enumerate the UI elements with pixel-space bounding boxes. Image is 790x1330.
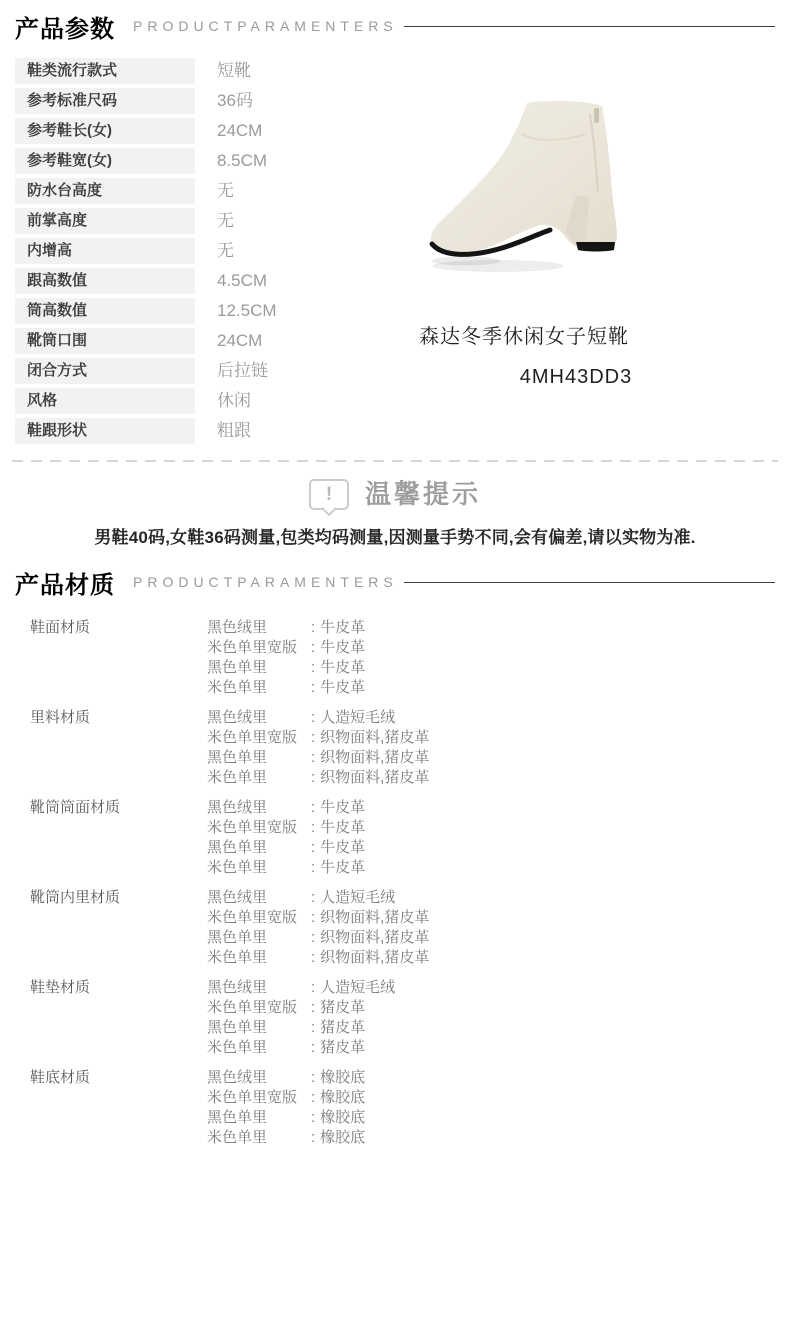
param-row: 风格 休闲 (15, 388, 790, 414)
material-value: 人造短毛绒 (320, 889, 395, 906)
material-variant: 米色单里 (207, 1128, 311, 1148)
param-value: 粗跟 (217, 418, 251, 444)
material-value: 橡胶底 (320, 1069, 365, 1086)
material-line: 米色单里:猪皮革 (207, 1038, 395, 1058)
material-line: 米色单里宽版:橡胶底 (207, 1088, 365, 1108)
material-separator: : (311, 978, 315, 998)
material-line: 黑色单里:牛皮革 (207, 838, 365, 858)
material-variant: 米色单里宽版 (207, 908, 311, 928)
material-value: 牛皮革 (320, 859, 365, 876)
params-section-header: 产品参数 PRODUCTPARAMENTERS (0, 0, 790, 42)
material-variant: 米色单里 (207, 948, 311, 968)
material-separator: : (311, 768, 315, 788)
param-row: 鞋类流行款式 短靴 (15, 58, 790, 84)
tips-header: ! 温馨提示 (0, 474, 790, 511)
param-label: 前掌高度 (15, 208, 195, 234)
material-line: 米色单里宽版:牛皮革 (207, 638, 365, 658)
material-variant: 米色单里 (207, 858, 311, 878)
material-section: 鞋面材质 黑色绒里:牛皮革 米色单里宽版:牛皮革 黑色单里:牛皮革 米色单里:牛… (0, 618, 790, 698)
product-model: 4MH43DD3 (448, 366, 704, 389)
material-line: 米色单里:织物面料,猪皮革 (207, 948, 429, 968)
product-figure: 森达冬季休闲女子短靴 4MH43DD3 (396, 86, 652, 389)
material-separator: : (311, 618, 315, 638)
material-separator: : (311, 798, 315, 818)
material-separator: : (311, 1068, 315, 1088)
param-label: 防水台高度 (15, 178, 195, 204)
exclamation-bubble-icon: ! (309, 479, 349, 510)
material-separator: : (311, 658, 315, 678)
material-label: 靴筒筒面材质 (30, 798, 207, 878)
material-value: 织物面料,猪皮革 (320, 749, 429, 766)
param-label: 参考鞋长(女) (15, 118, 195, 144)
param-value: 12.5CM (217, 298, 277, 324)
boot-image (426, 100, 622, 276)
material-value: 橡胶底 (320, 1109, 365, 1126)
param-value: 后拉链 (217, 358, 268, 384)
param-value: 短靴 (217, 58, 251, 84)
material-value: 猪皮革 (320, 1019, 365, 1036)
material-value: 织物面料,猪皮革 (320, 949, 429, 966)
param-label: 风格 (15, 388, 195, 414)
material-value: 猪皮革 (320, 1039, 365, 1056)
material-separator: : (311, 928, 315, 948)
param-value: 休闲 (217, 388, 251, 414)
product-detail-page: 产品参数 PRODUCTPARAMENTERS 鞋类流行款式 短靴 参考标准尺码… (0, 0, 790, 1330)
material-line: 米色单里宽版:牛皮革 (207, 818, 365, 838)
material-line: 黑色绒里:人造短毛绒 (207, 978, 395, 998)
header-rule (404, 26, 775, 27)
material-separator: : (311, 858, 315, 878)
material-value: 牛皮革 (320, 639, 365, 656)
material-variant: 黑色绒里 (207, 888, 311, 908)
material-line: 黑色绒里:牛皮革 (207, 618, 365, 638)
param-value: 无 (217, 238, 234, 264)
material-lines: 黑色绒里:人造短毛绒 米色单里宽版:织物面料,猪皮革 黑色单里:织物面料,猪皮革… (207, 888, 429, 968)
material-line: 黑色单里:牛皮革 (207, 658, 365, 678)
material-variant: 米色单里 (207, 768, 311, 788)
material-lines: 黑色绒里:橡胶底 米色单里宽版:橡胶底 黑色单里:橡胶底 米色单里:橡胶底 (207, 1068, 365, 1148)
material-label: 靴筒内里材质 (30, 888, 207, 968)
material-section: 靴筒内里材质 黑色绒里:人造短毛绒 米色单里宽版:织物面料,猪皮革 黑色单里:织… (0, 888, 790, 968)
material-variant: 黑色单里 (207, 748, 311, 768)
material-variant: 黑色单里 (207, 1018, 311, 1038)
material-section: 里料材质 黑色绒里:人造短毛绒 米色单里宽版:织物面料,猪皮革 黑色单里:织物面… (0, 708, 790, 788)
param-label: 内增高 (15, 238, 195, 264)
param-value: 无 (217, 178, 234, 204)
material-lines: 黑色绒里:牛皮革 米色单里宽版:牛皮革 黑色单里:牛皮革 米色单里:牛皮革 (207, 618, 365, 698)
material-lines: 黑色绒里:人造短毛绒 米色单里宽版:织物面料,猪皮革 黑色单里:织物面料,猪皮革… (207, 708, 429, 788)
material-separator: : (311, 1088, 315, 1108)
material-line: 米色单里:牛皮革 (207, 678, 365, 698)
material-separator: : (311, 908, 315, 928)
material-value: 织物面料,猪皮革 (320, 769, 429, 786)
materials-section-title: 产品材质 (15, 565, 115, 600)
material-separator: : (311, 748, 315, 768)
material-section: 靴筒筒面材质 黑色绒里:牛皮革 米色单里宽版:牛皮革 黑色单里:牛皮革 米色单里… (0, 798, 790, 878)
material-separator: : (311, 638, 315, 658)
material-line: 米色单里:牛皮革 (207, 858, 365, 878)
product-title: 森达冬季休闲女子短靴 (396, 320, 652, 349)
material-variant: 黑色绒里 (207, 618, 311, 638)
material-label: 鞋垫材质 (30, 978, 207, 1058)
material-value: 织物面料,猪皮革 (320, 929, 429, 946)
material-value: 牛皮革 (320, 659, 365, 676)
param-label: 鞋类流行款式 (15, 58, 195, 84)
material-variant: 黑色单里 (207, 1108, 311, 1128)
param-label: 鞋跟形状 (15, 418, 195, 444)
material-section: 鞋垫材质 黑色绒里:人造短毛绒 米色单里宽版:猪皮革 黑色单里:猪皮革 米色单里… (0, 978, 790, 1058)
param-value: 4.5CM (217, 268, 267, 294)
material-label: 鞋底材质 (30, 1068, 207, 1148)
param-label: 靴筒口围 (15, 328, 195, 354)
material-value: 牛皮革 (320, 799, 365, 816)
material-variant: 黑色绒里 (207, 708, 311, 728)
param-label: 筒高数值 (15, 298, 195, 324)
material-variant: 黑色单里 (207, 838, 311, 858)
material-line: 米色单里:橡胶底 (207, 1128, 365, 1148)
param-label: 参考鞋宽(女) (15, 148, 195, 174)
header-rule (404, 582, 775, 583)
material-section: 鞋底材质 黑色绒里:橡胶底 米色单里宽版:橡胶底 黑色单里:橡胶底 米色单里:橡… (0, 1068, 790, 1148)
material-line: 黑色绒里:人造短毛绒 (207, 888, 429, 908)
materials-list: 鞋面材质 黑色绒里:牛皮革 米色单里宽版:牛皮革 黑色单里:牛皮革 米色单里:牛… (0, 598, 790, 1148)
material-line: 黑色单里:织物面料,猪皮革 (207, 748, 429, 768)
material-line: 黑色绒里:牛皮革 (207, 798, 365, 818)
material-value: 橡胶底 (320, 1129, 365, 1146)
material-separator: : (311, 1018, 315, 1038)
param-value: 24CM (217, 118, 262, 144)
materials-section-subtitle: PRODUCTPARAMENTERS (133, 574, 398, 590)
material-separator: : (311, 678, 315, 698)
material-separator: : (311, 948, 315, 968)
material-value: 牛皮革 (320, 819, 365, 836)
material-label: 鞋面材质 (30, 618, 207, 698)
material-variant: 米色单里 (207, 678, 311, 698)
material-variant: 米色单里宽版 (207, 728, 311, 748)
tips-note: 男鞋40码,女鞋36码测量,包类均码测量,因测量手势不同,会有偏差,请以实物为准… (0, 523, 790, 548)
material-line: 米色单里宽版:织物面料,猪皮革 (207, 728, 429, 748)
material-line: 黑色单里:橡胶底 (207, 1108, 365, 1128)
material-value: 橡胶底 (320, 1089, 365, 1106)
param-label: 跟高数值 (15, 268, 195, 294)
params-section-subtitle: PRODUCTPARAMENTERS (133, 18, 398, 34)
material-variant: 黑色单里 (207, 928, 311, 948)
material-variant: 米色单里宽版 (207, 818, 311, 838)
material-lines: 黑色绒里:牛皮革 米色单里宽版:牛皮革 黑色单里:牛皮革 米色单里:牛皮革 (207, 798, 365, 878)
material-value: 织物面料,猪皮革 (320, 729, 429, 746)
material-variant: 黑色单里 (207, 658, 311, 678)
material-separator: : (311, 708, 315, 728)
material-value: 猪皮革 (320, 999, 365, 1016)
material-variant: 米色单里宽版 (207, 998, 311, 1018)
param-value: 24CM (217, 328, 262, 354)
param-value: 无 (217, 208, 234, 234)
material-separator: : (311, 998, 315, 1018)
material-variant: 米色单里宽版 (207, 638, 311, 658)
material-line: 米色单里宽版:织物面料,猪皮革 (207, 908, 429, 928)
material-separator: : (311, 818, 315, 838)
material-variant: 黑色绒里 (207, 1068, 311, 1088)
material-separator: : (311, 1108, 315, 1128)
material-variant: 米色单里 (207, 1038, 311, 1058)
material-line: 米色单里宽版:猪皮革 (207, 998, 395, 1018)
material-separator: : (311, 888, 315, 908)
material-value: 牛皮革 (320, 679, 365, 696)
material-line: 黑色单里:织物面料,猪皮革 (207, 928, 429, 948)
material-variant: 黑色绒里 (207, 798, 311, 818)
tips-block: ! 温馨提示 男鞋40码,女鞋36码测量,包类均码测量,因测量手势不同,会有偏差… (0, 462, 790, 548)
tips-title: 温馨提示 (365, 474, 481, 511)
param-value: 36码 (217, 88, 253, 114)
material-line: 黑色绒里:橡胶底 (207, 1068, 365, 1088)
material-separator: : (311, 1038, 315, 1058)
material-lines: 黑色绒里:人造短毛绒 米色单里宽版:猪皮革 黑色单里:猪皮革 米色单里:猪皮革 (207, 978, 395, 1058)
params-area: 鞋类流行款式 短靴 参考标准尺码 36码 参考鞋长(女) 24CM 参考鞋宽(女… (0, 42, 790, 454)
material-separator: : (311, 728, 315, 748)
material-line: 黑色绒里:人造短毛绒 (207, 708, 429, 728)
material-label: 里料材质 (30, 708, 207, 788)
material-value: 人造短毛绒 (320, 709, 395, 726)
materials-section-header: 产品材质 PRODUCTPARAMENTERS (0, 556, 790, 598)
param-value: 8.5CM (217, 148, 267, 174)
param-row: 鞋跟形状 粗跟 (15, 418, 790, 444)
material-separator: : (311, 838, 315, 858)
params-section-title: 产品参数 (15, 9, 115, 44)
material-variant: 米色单里宽版 (207, 1088, 311, 1108)
param-label: 闭合方式 (15, 358, 195, 384)
material-separator: : (311, 1128, 315, 1148)
param-label: 参考标准尺码 (15, 88, 195, 114)
material-value: 织物面料,猪皮革 (320, 909, 429, 926)
material-variant: 黑色绒里 (207, 978, 311, 998)
material-value: 人造短毛绒 (320, 979, 395, 996)
material-value: 牛皮革 (320, 839, 365, 856)
material-value: 牛皮革 (320, 619, 365, 636)
material-line: 黑色单里:猪皮革 (207, 1018, 395, 1038)
material-line: 米色单里:织物面料,猪皮革 (207, 768, 429, 788)
